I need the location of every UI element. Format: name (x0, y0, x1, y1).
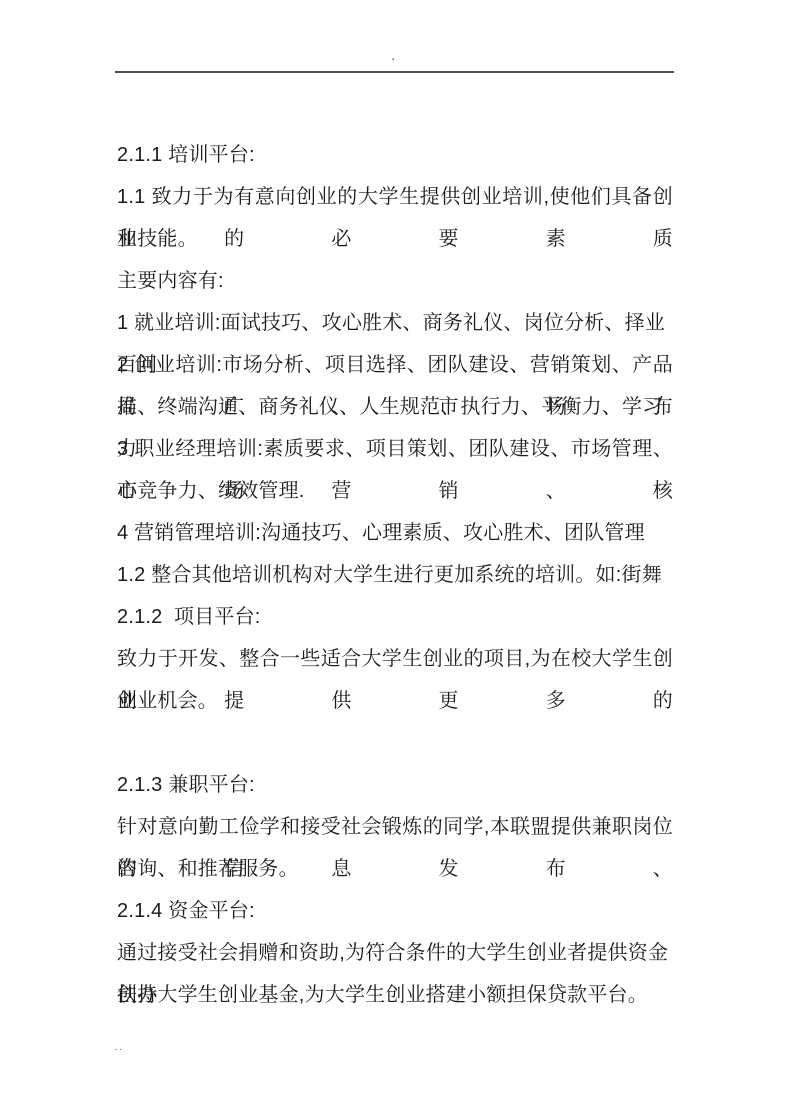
list-item-1: 1 就业培训:面试技巧、攻心胜术、商务礼仪、岗位分析、择业百问 (117, 302, 673, 344)
heading-2-1-2: 2.1.2 项目平台: (117, 596, 673, 638)
list-item-2: 2 创业培训:市场分析、项目选择、团队建设、营销策划、产品推广、市场布 (117, 344, 673, 386)
heading-2-1-3: 2.1.3 兼职平台: (117, 764, 673, 806)
list-item-4: 4 营销管理培训:沟通技巧、心理素质、攻心胜术、团队管理 (117, 512, 673, 554)
header-rule (115, 71, 674, 73)
heading-2-1-4: 2.1.4 资金平台: (117, 890, 673, 932)
text-line: 主要内容有: (117, 260, 673, 302)
document-body: 2.1.1 培训平台: 1.1 致力于为有意向创业的大学生提供创业培训,使他们具… (117, 134, 673, 1016)
text-line: 针对意向勤工俭学和接受社会锻炼的同学,本联盟提供兼职岗位的信息发布、 (117, 806, 673, 848)
text-line: 通过接受社会捐赠和资助,为符合条件的大学生创业者提供资金扶持 (117, 932, 673, 974)
blank-line (117, 722, 673, 764)
text-line: 致力于开发、整合一些适合大学生创业的项目,为在校大学生创业提供更多的 (117, 638, 673, 680)
heading-2-1-1: 2.1.1 培训平台: (117, 134, 673, 176)
text-line: 创办大学生创业基金,为大学生创业搭建小额担保贷款平台。 (117, 974, 673, 1016)
list-item-2-cont: 局、终端沟通、商务礼仪、人生规范、执行力、平衡力、学习力 (117, 386, 673, 428)
footer-marks: .. (115, 1043, 124, 1052)
list-item-3: 3 职业经理培训:素质要求、项目策划、团队建设、市场管理、市场营销、核 (117, 428, 673, 470)
header-dot-mark: · (391, 52, 395, 65)
document-page: · 2.1.1 培训平台: 1.1 致力于为有意向创业的大学生提供创业培训,使他… (0, 0, 792, 1120)
text-line: 1.1 致力于为有意向创业的大学生提供创业培训,使他们具备创业的必要素质 (117, 176, 673, 218)
text-line: 1.2 整合其他培训机构对大学生进行更加系统的培训。如:街舞 (117, 554, 673, 596)
